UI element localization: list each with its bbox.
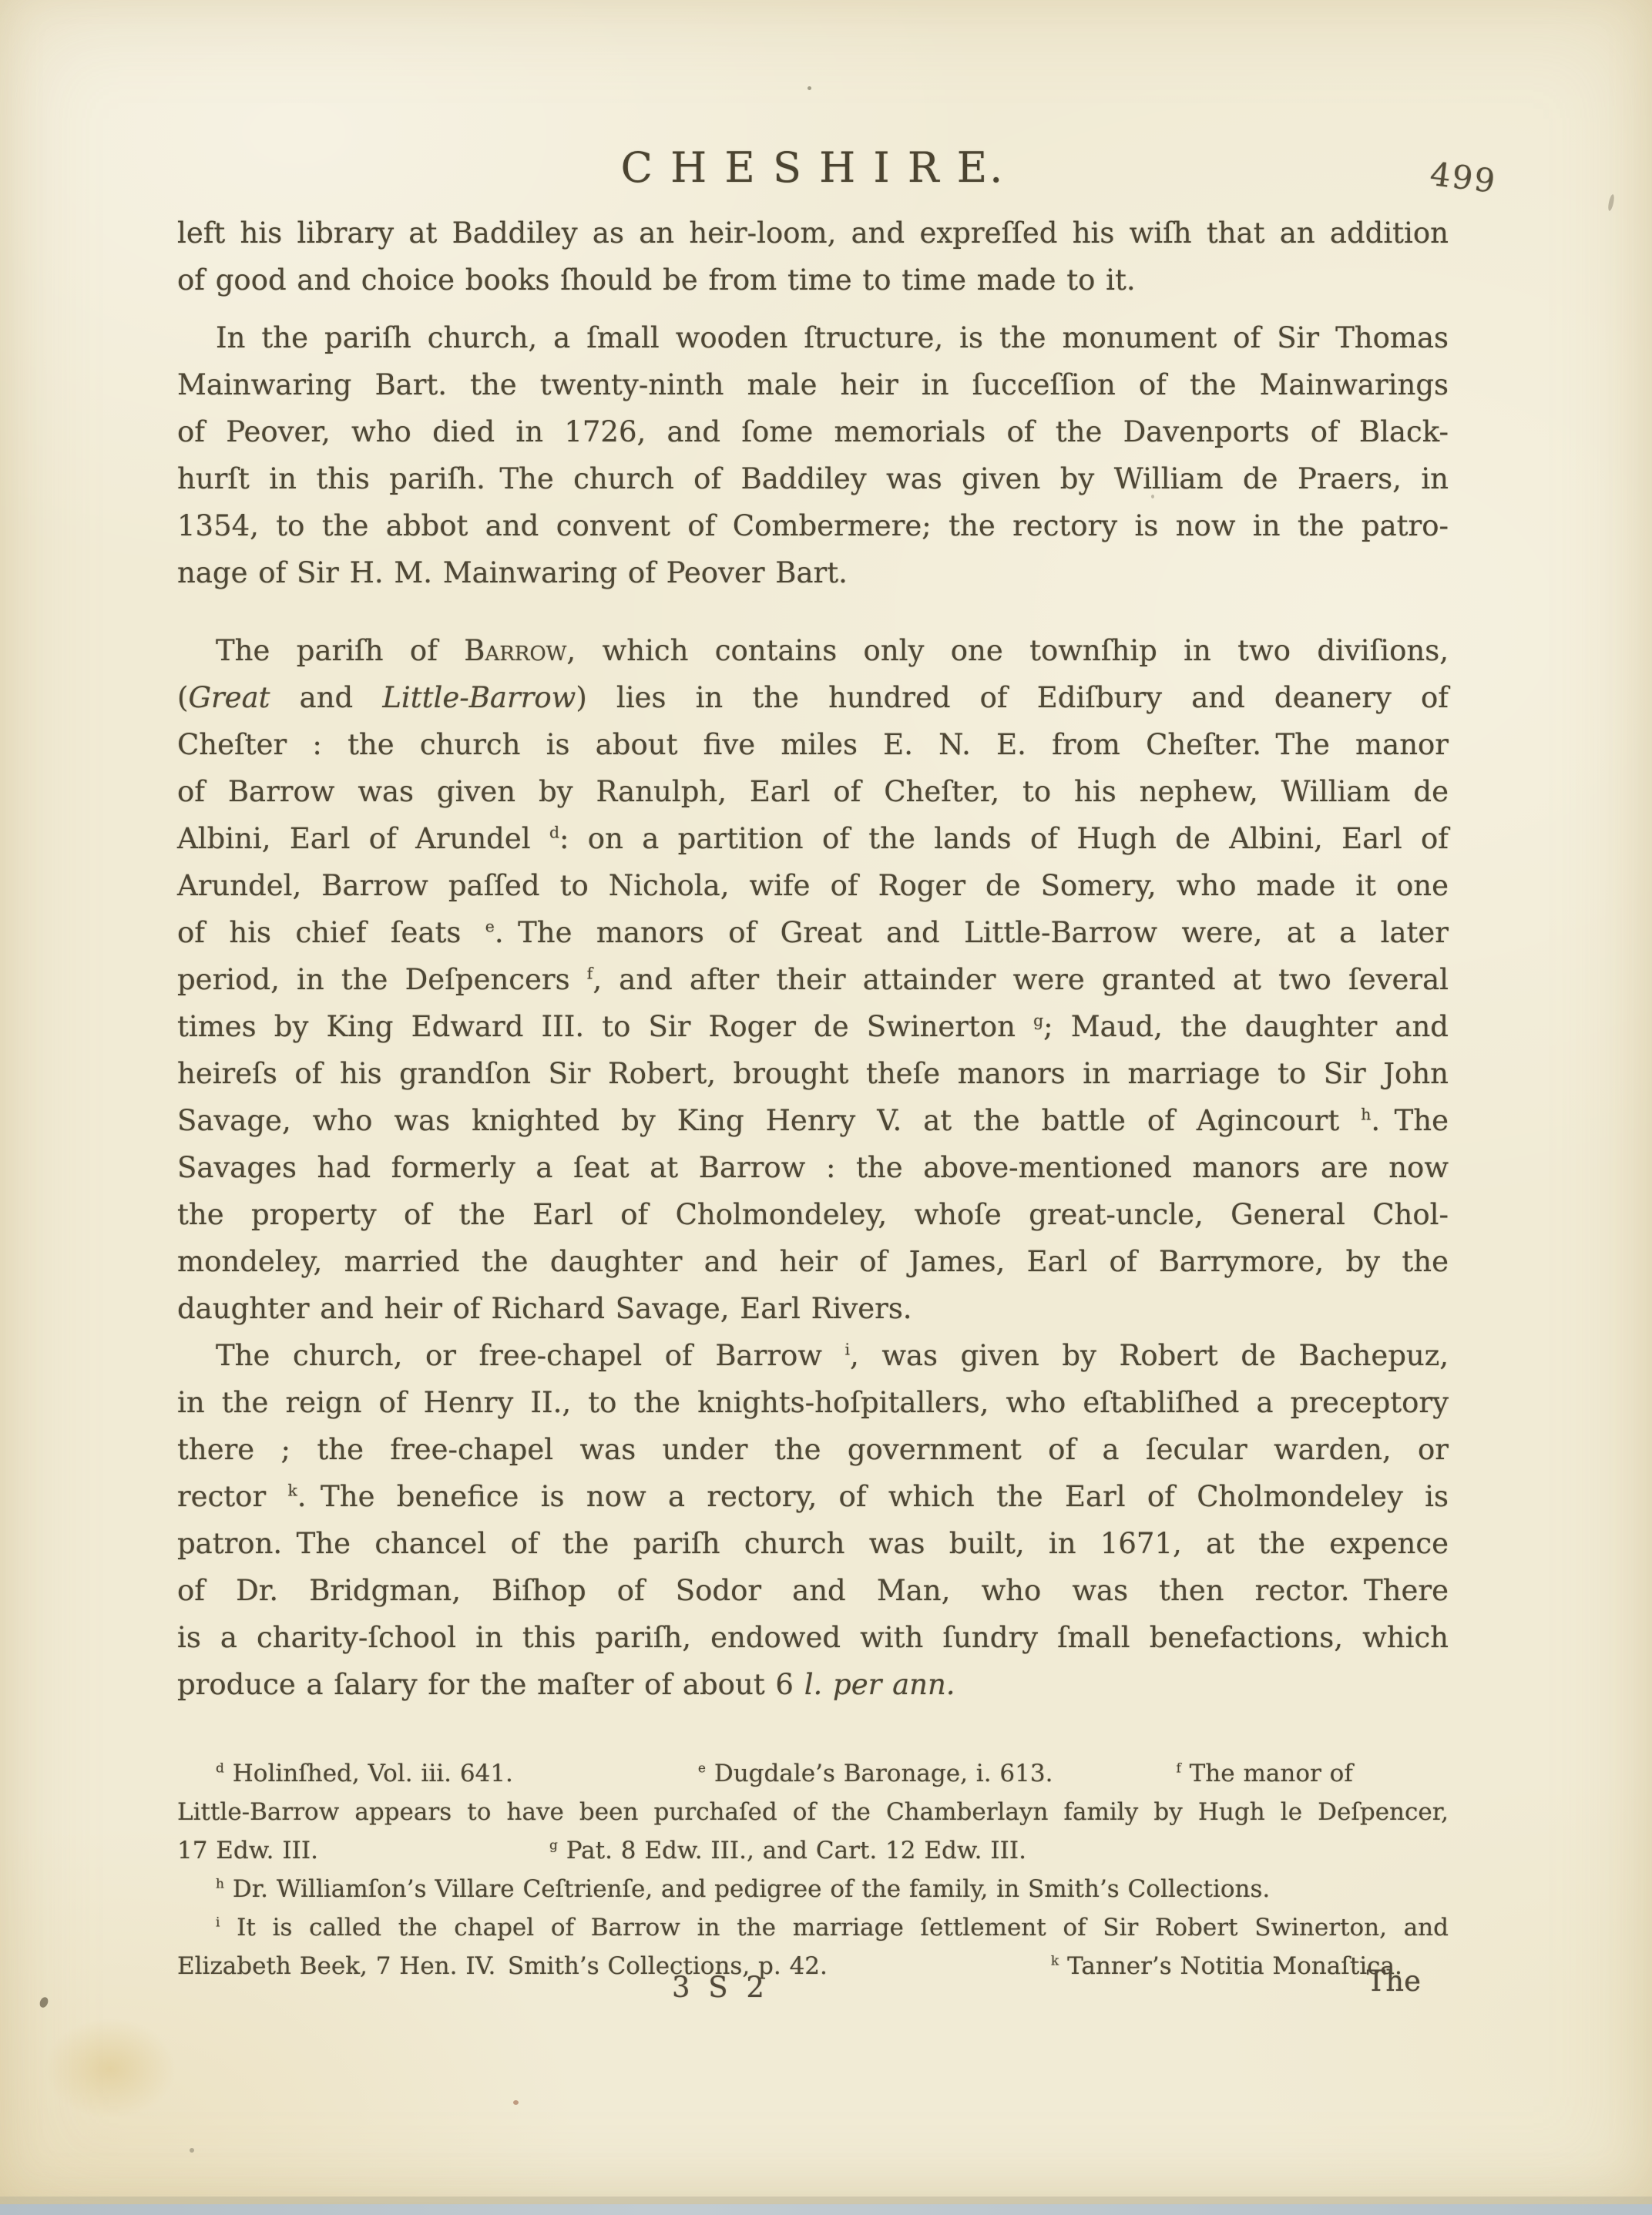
text-run: . The manors of Great and Little-Barrow … xyxy=(495,916,1449,949)
text-line: The pariſh of Barrow, which contains onl… xyxy=(177,627,1449,674)
text-run: the property of the Earl of Cholmondeley… xyxy=(177,1198,1449,1231)
text-line: of Peover, who died in 1726, and ſome me… xyxy=(177,408,1449,455)
page-body: left his library at Baddiley as an heir-… xyxy=(177,210,1449,1985)
text-run: mondeley, married the daughter and heir … xyxy=(177,1245,1449,1278)
text-run: ) lies in the hundred of Ediſbury and de… xyxy=(576,681,1449,714)
footnote-marker: h xyxy=(216,1877,224,1892)
text-run: and xyxy=(270,681,383,714)
text-line: in the reign of Henry II., to the knight… xyxy=(177,1379,1449,1426)
footnote-line: 17 Edw. III.g Pat. 8 Edw. III., and Cart… xyxy=(177,1831,1449,1870)
text-line: Savage, who was knighted by King Henry V… xyxy=(177,1097,1449,1144)
text-run: times by King Edward III. to Sir Roger d… xyxy=(177,1010,1033,1043)
text-line: of Dr. Bridgman, Biſhop of Sodor and Man… xyxy=(177,1567,1449,1614)
text-line: of his chief ſeats e. The manors of Grea… xyxy=(177,909,1449,956)
text-run: patron. The chancel of the pariſh church… xyxy=(177,1527,1449,1560)
text-run: , which contains only one townſhip in tw… xyxy=(566,634,1449,667)
footnote-marker: k xyxy=(1051,1954,1059,1969)
text-line: Mainwaring Bart. the twenty-ninth male h… xyxy=(177,361,1449,408)
typographic-gap xyxy=(828,1973,1051,1974)
text-run: Little-Barrow appears to have been purch… xyxy=(177,1798,1449,1826)
catchword: The xyxy=(1367,1965,1421,1998)
text-run: Dr. Williamſon’s Villare Ceſtrienſe, and… xyxy=(224,1875,1270,1903)
text-line: is a charity-ſchool in this pariſh, endo… xyxy=(177,1614,1449,1661)
text-run: rector xyxy=(177,1480,287,1513)
text-run: Pat. 8 Edw. III., and Cart. 12 Edw. III. xyxy=(558,1837,1026,1864)
text-run: . The xyxy=(1371,1104,1449,1137)
text-line: the property of the Earl of Cholmondeley… xyxy=(177,1191,1449,1238)
text-run: Holinſhed, Vol. iii. 641. xyxy=(224,1760,513,1787)
ink-speck xyxy=(190,2148,194,2153)
text-run: hurſt in this pariſh. The church of Badd… xyxy=(177,462,1449,495)
page-number: 499 xyxy=(1428,155,1499,200)
footnote-line: i It is called the chapel of Barrow in t… xyxy=(177,1908,1449,1947)
text-run: ; Maud, the daughter and xyxy=(1043,1010,1449,1043)
text-run: Dugdale’s Baronage, i. 613. xyxy=(706,1760,1053,1787)
text-line: 1354, to the abbot and convent of Comber… xyxy=(177,502,1449,549)
scan-bottom-shade xyxy=(0,2197,1652,2204)
footnote-marker: g xyxy=(1033,1012,1043,1030)
text-line: (Great and Little-Barrow) lies in the hu… xyxy=(177,674,1449,721)
typographic-gap xyxy=(1053,1780,1176,1781)
text-line: daughter and heir of Richard Savage, Ear… xyxy=(177,1285,1449,1332)
text-run: of Dr. Bridgman, Biſhop of Sodor and Man… xyxy=(177,1574,1449,1607)
text-run: left his library at Baddiley as an heir-… xyxy=(177,216,1449,250)
text-line: mondeley, married the daughter and heir … xyxy=(177,1238,1449,1285)
paper-stain xyxy=(45,2019,176,2119)
book-page-scan: C H E S H I R E. 499 left his library at… xyxy=(0,0,1652,2215)
text-line: rector k. The benefice is now a rectory,… xyxy=(177,1473,1449,1520)
text-run: The manor of xyxy=(1181,1760,1353,1787)
text-run: ( xyxy=(177,681,188,714)
text-line: left his library at Baddiley as an heir-… xyxy=(177,210,1449,257)
footnote-marker: h xyxy=(1361,1106,1371,1124)
text-run: period, in the Deſpencers xyxy=(177,963,587,996)
text-run: heireſs of his grandſon Sir Robert, brou… xyxy=(177,1057,1449,1090)
typographic-gap xyxy=(513,1780,698,1781)
ink-speck xyxy=(39,1996,50,2009)
text-line: period, in the Deſpencers f, and after t… xyxy=(177,956,1449,1003)
text-run: Little-Barrow xyxy=(382,681,576,714)
footnote-marker: d xyxy=(216,1761,224,1777)
text-line: nage of Sir H. M. Mainwaring of Peover B… xyxy=(177,549,1449,596)
text-line: times by King Edward III. to Sir Roger d… xyxy=(177,1003,1449,1050)
para-barrow-church: The church, or free-chapel of Barrow i, … xyxy=(177,1332,1449,1708)
text-run: in the reign of Henry II., to the knight… xyxy=(177,1386,1449,1419)
footnote-marker: d xyxy=(549,824,559,842)
footnote-line: Little-Barrow appears to have been purch… xyxy=(177,1793,1449,1831)
footnote-marker: e xyxy=(485,918,495,936)
text-line: Cheſter : the church is about five miles… xyxy=(177,721,1449,768)
text-run: Mainwaring Bart. the twenty-ninth male h… xyxy=(177,368,1449,401)
text-line: hurſt in this pariſh. The church of Badd… xyxy=(177,455,1449,502)
text-run: daughter and heir of Richard Savage, Ear… xyxy=(177,1292,912,1325)
text-run: The pariſh of xyxy=(216,634,464,667)
text-run: The church, or free-chapel of Barrow xyxy=(216,1339,844,1372)
text-run: Cheſter : the church is about five miles… xyxy=(177,728,1449,761)
text-line: Albini, Earl of Arundel d: on a partitio… xyxy=(177,815,1449,862)
text-line: of Barrow was given by Ranulph, Earl of … xyxy=(177,768,1449,815)
text-run: 1354, to the abbot and convent of Comber… xyxy=(177,509,1449,542)
text-run: produce a ſalary for the maſter of about… xyxy=(177,1668,804,1701)
text-run: It is called the chapel of Barrow in the… xyxy=(220,1914,1449,1941)
footnote-line: h Dr. Williamſon’s Villare Ceſtrienſe, a… xyxy=(177,1870,1449,1908)
text-run: l. per ann. xyxy=(804,1668,955,1701)
ink-speck xyxy=(513,2100,519,2105)
text-run: : on a partition of the lands of Hugh de… xyxy=(559,822,1449,855)
text-run: there ; the free-chapel was under the go… xyxy=(177,1433,1449,1466)
text-run: Tanner’s Notitia Monaſtica. xyxy=(1059,1952,1402,1980)
text-line: The church, or free-chapel of Barrow i, … xyxy=(177,1332,1449,1379)
ink-speck xyxy=(1151,495,1154,498)
text-run: , was given by Robert de Bachepuz, xyxy=(850,1339,1449,1372)
text-line: of good and choice books ſhould be from … xyxy=(177,257,1449,304)
text-run: of Barrow was given by Ranulph, Earl of … xyxy=(177,775,1449,808)
text-run: of good and choice books ſhould be from … xyxy=(177,263,1136,297)
text-run: is a charity-ſchool in this pariſh, endo… xyxy=(177,1621,1449,1654)
footnote-marker: k xyxy=(287,1482,297,1500)
text-run: nage of Sir H. M. Mainwaring of Peover B… xyxy=(177,556,848,589)
text-run: Great xyxy=(188,681,270,714)
text-run: of his chief ſeats xyxy=(177,916,485,949)
text-run: of Peover, who died in 1726, and ſome me… xyxy=(177,415,1449,448)
footnotes: d Holinſhed, Vol. iii. 641.e Dugdale’s B… xyxy=(177,1754,1449,1985)
para-library-heirloom: left his library at Baddiley as an heir-… xyxy=(177,210,1449,304)
text-run: , and after their attainder were granted… xyxy=(593,963,1449,996)
text-run: Savages had formerly a ſeat at Barrow : … xyxy=(177,1151,1449,1184)
ink-speck xyxy=(1607,194,1615,212)
scan-bottom-edge xyxy=(0,2204,1652,2215)
text-line: produce a ſalary for the maſter of about… xyxy=(177,1661,1449,1708)
text-line: heireſs of his grandſon Sir Robert, brou… xyxy=(177,1050,1449,1097)
text-run: Albini, Earl of Arundel xyxy=(177,822,549,855)
text-run: Savage, who was knighted by King Henry V… xyxy=(177,1104,1361,1137)
ink-speck xyxy=(808,86,811,90)
para-barrow-manor: The pariſh of Barrow, which contains onl… xyxy=(177,627,1449,1332)
running-title: C H E S H I R E. xyxy=(177,143,1449,192)
text-run: In the pariſh church, a ſmall wooden ſtr… xyxy=(216,321,1449,354)
text-run: . The benefice is now a rectory, of whic… xyxy=(297,1480,1449,1513)
signature-mark: 3 S 2 xyxy=(672,1971,769,2004)
text-run: Arundel, Barrow paſſed to Nichola, wife … xyxy=(177,869,1449,902)
text-line: Savages had formerly a ſeat at Barrow : … xyxy=(177,1144,1449,1191)
text-run: Barrow xyxy=(464,634,566,667)
text-run: 17 Edw. III. xyxy=(177,1837,318,1864)
text-line: patron. The chancel of the pariſh church… xyxy=(177,1520,1449,1567)
footnote-marker: e xyxy=(698,1761,706,1777)
text-line: there ; the free-chapel was under the go… xyxy=(177,1426,1449,1473)
footnote-marker: g xyxy=(549,1838,558,1854)
para-baddiley-church: In the pariſh church, a ſmall wooden ſtr… xyxy=(177,314,1449,596)
text-line: Arundel, Barrow paſſed to Nichola, wife … xyxy=(177,862,1449,909)
footnote-line: d Holinſhed, Vol. iii. 641.e Dugdale’s B… xyxy=(177,1754,1449,1793)
typographic-gap xyxy=(318,1858,549,1858)
footnote-line: Elizabeth Beek, 7 Hen. IV. Smith’s Colle… xyxy=(177,1947,1449,1985)
text-line: In the pariſh church, a ſmall wooden ſtr… xyxy=(177,314,1449,361)
